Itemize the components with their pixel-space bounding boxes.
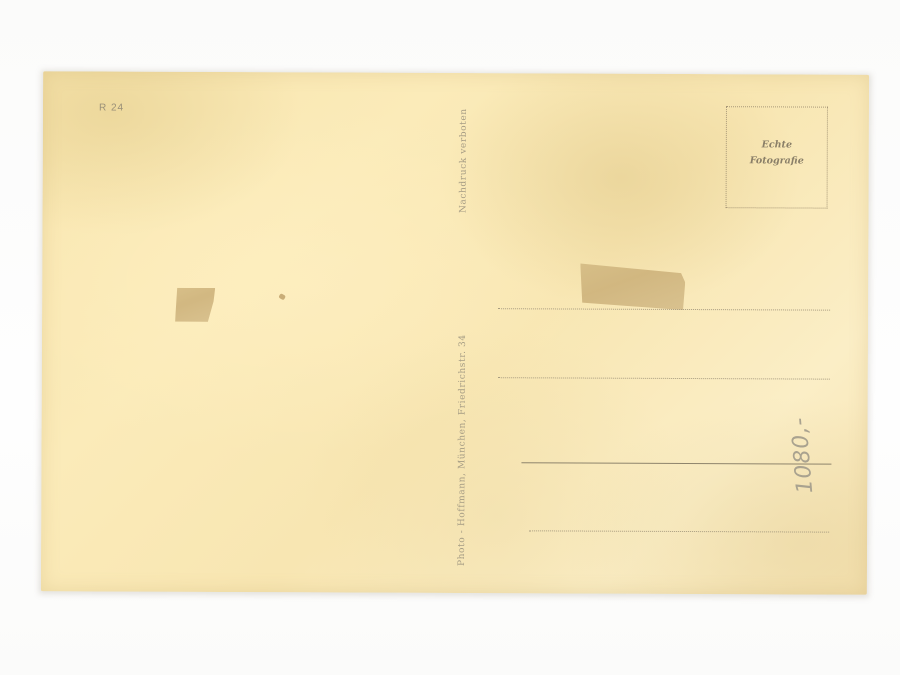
tape-remnant-left (175, 288, 215, 322)
photo-backdrop: R 24 Echte Fotografie Nachdruck verboten… (0, 0, 900, 675)
tape-remnant-right (580, 264, 685, 310)
address-line-2 (498, 377, 830, 379)
pencil-price-mark: 1080,- (787, 416, 818, 495)
address-line-1 (498, 308, 830, 310)
series-code: R 24 (99, 102, 124, 113)
stamp-label: Echte Fotografie (727, 137, 827, 169)
address-line-3 (521, 462, 831, 464)
stamp-label-line2: Fotografie (727, 153, 827, 169)
address-line-4 (529, 530, 829, 532)
postcard-back: R 24 Echte Fotografie Nachdruck verboten… (41, 71, 869, 595)
reprint-note: Nachdruck verboten (459, 108, 469, 213)
stamp-label-line1: Echte (727, 137, 827, 153)
stamp-box: Echte Fotografie (726, 106, 828, 208)
stain-speck (278, 293, 286, 300)
publisher-note: Photo - Hoffmann, München, Friedrichstr.… (457, 334, 468, 566)
